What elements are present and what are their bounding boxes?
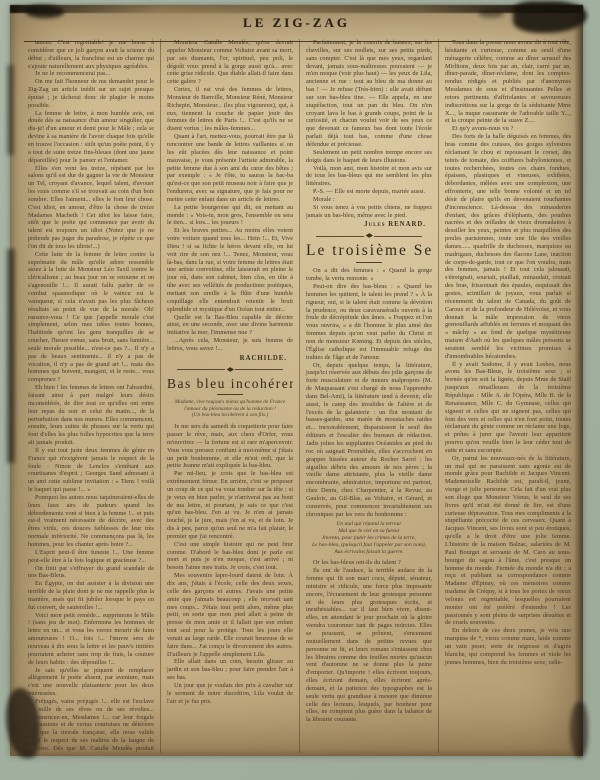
article-paragraph: On me fait l'honneur de me demander pour…	[28, 78, 154, 109]
article-paragraph: La petite bourgeoise qui dit, en mettant…	[167, 204, 293, 228]
article-paragraph: Monsieur Catulle Mendès, qu'on devrait a…	[167, 39, 293, 86]
article-paragraph: Or, depuis quelque temps, la littérature…	[306, 362, 432, 519]
article-paragraph: En Égypte, on dut assister à la division…	[28, 580, 154, 611]
article-paragraph: En dehors de ces deux jeunes, je vois un…	[445, 627, 571, 666]
ornament-part	[177, 369, 225, 370]
ornament-part	[374, 236, 422, 237]
ornament-part	[235, 369, 283, 370]
column-4: Tous dans la presse nous avons dit à tou…	[438, 39, 571, 753]
column-1: tances. C'est regrettable! je me borne à…	[28, 39, 154, 753]
article-paragraph: C'est une simple histoire qui ne peut fi…	[167, 541, 293, 572]
article-title: Le troisième Sexe	[306, 242, 432, 260]
article-paragraph: Pourquoi les autres nous taquineraient-e…	[28, 494, 154, 549]
article-paragraph: tances. C'est regrettable! je me borne à…	[28, 39, 154, 70]
article-paragraph: Certes, il est vrai des femmes de lettre…	[167, 86, 293, 133]
verse-line: Aux écrivains faisait la guerre.	[308, 549, 430, 556]
columns: tances. C'est regrettable! je me borne à…	[28, 39, 571, 753]
heading-rule	[356, 262, 382, 263]
article-signature: Jules RENARD.	[306, 220, 426, 229]
article-paragraph: Un jour que je voulais des prix à cavali…	[167, 682, 293, 706]
article-paragraph: P.-S. — Elle est morte depuis, mariée au…	[306, 188, 432, 196]
article-paragraph: Elles s'en vont les treize, répétant par…	[28, 165, 154, 251]
article-paragraph: Morale :	[306, 196, 432, 204]
article-paragraph: Cette lutte de la femme de lettre contre…	[28, 251, 154, 384]
article-paragraph: Je ne le recommencerai pas...	[28, 70, 154, 78]
ornament-part	[316, 236, 364, 237]
article-paragraph: Voilà, mon ami, mon histoire et mon avis…	[306, 165, 432, 189]
article-paragraph: Quant à l'art, mettez-vous, pourrait êtr…	[167, 133, 293, 204]
section-divider-ornament: ◆	[177, 367, 283, 373]
article-paragraph: Mes souvenirs lapre-lourd datent de loin…	[167, 572, 293, 658]
article-paragraph: Ils ont de l'audace, la terrible audace …	[306, 567, 432, 724]
ornament-part: ◆	[222, 367, 239, 373]
article-paragraph: Seulement un petit nombre trempe encore …	[306, 149, 432, 165]
column-2: Monsieur Catulle Mendès, qu'on devrait a…	[160, 39, 293, 753]
verse-line: Mal que le ciel en sa fureur	[308, 528, 430, 535]
article-paragraph: Il y eut tout juste deux femmes de génie…	[28, 447, 154, 494]
article-paragraph: On a dit des femmes : « Quand la gorge t…	[306, 267, 432, 283]
epigraph-line: (Un bas-bleu incohérent à son fils.)	[171, 412, 289, 419]
article-paragraph: Parfaitement, je la couvris de baisers, …	[306, 39, 432, 149]
scanned-newspaper-page: { "masthead": { "title": "LE ZIG-ZAG" },…	[0, 0, 600, 780]
article-paragraph: Par mi-lieu, je crois que le bas-bleu es…	[167, 470, 293, 541]
heading-rule	[217, 394, 243, 395]
article-paragraph: L'Esprit peut-il être funeste !... Une f…	[28, 549, 154, 565]
section-divider-ornament: ◆	[316, 233, 422, 239]
epigraph-line: Madame, vive toujours mieux qu'homme de …	[171, 399, 289, 406]
article-paragraph: Et qu'y avons-nous vu ?	[445, 125, 571, 133]
article-paragraph: Il y avait Sodome, il y avait Lesbos, no…	[445, 361, 571, 455]
newspaper-title: LE ZIG-ZAG	[243, 15, 350, 31]
scan-artifact	[570, 702, 588, 758]
newspaper-sheet: LE ZIG-ZAG tances. C'est regrettable! je…	[10, 5, 583, 756]
article-title: Bas bleu incohérent	[167, 376, 293, 392]
article-paragraph: Préjugés, vains préjugés !... elle est l…	[28, 698, 154, 753]
article-paragraph: Je sais qu'elles se piquent de remplacer…	[28, 667, 154, 698]
column-3: Parfaitement, je la couvris de baisers, …	[299, 39, 432, 753]
article-paragraph: La femme de lettre, à mon humble avis, e…	[28, 110, 154, 165]
article-epigraph: Madame, vive toujours mieux qu'homme de …	[171, 399, 289, 419]
article-paragraph: ...Après cela, Monsieur, je suis femme d…	[167, 337, 293, 353]
article-paragraph: On finit par s'effrayer du grand scandal…	[28, 565, 154, 581]
article-paragraph: Peut-on dire des bas-bleus : « Quand les…	[306, 283, 432, 361]
article-paragraph: Quelle est la Bas-Bleu capable de décrir…	[167, 314, 293, 338]
article-paragraph: Tous dans la presse nous avons dit à tou…	[445, 39, 571, 125]
scan-artifact-right-edge	[574, 5, 583, 756]
article-paragraph: Voici mon petit remède... supprimons le …	[28, 612, 154, 667]
article-paragraph: Et les braves petites... Au moins elles …	[167, 227, 293, 313]
article-paragraph: Si vous tenez à vos petits chiens, ne fr…	[306, 204, 432, 220]
article-paragraph: Des forts de la halle déguisés en femmes…	[445, 133, 571, 360]
article-paragraph: Eh bien ! les femmes de lettres ont l'ab…	[28, 384, 154, 447]
article-paragraph: Or, parmi les nouveaux-nés de la littéra…	[445, 455, 571, 628]
article-paragraph: Je me sers du samedi de coquetterie pour…	[167, 423, 293, 470]
verse-quote: Un mal qui répand la terreurMal que le c…	[308, 521, 430, 556]
scan-artifact	[7, 249, 15, 463]
article-paragraph: Or les bas-bleus ont-ils du talent ?	[306, 559, 432, 567]
ornament-part: ◆	[361, 233, 378, 239]
masthead: LE ZIG-ZAG	[10, 5, 583, 39]
article-paragraph: Elle allait dans un coin, besoin glisser…	[167, 658, 293, 682]
article-signature: RACHILDE.	[167, 354, 287, 363]
scan-artifact	[7, 65, 14, 155]
